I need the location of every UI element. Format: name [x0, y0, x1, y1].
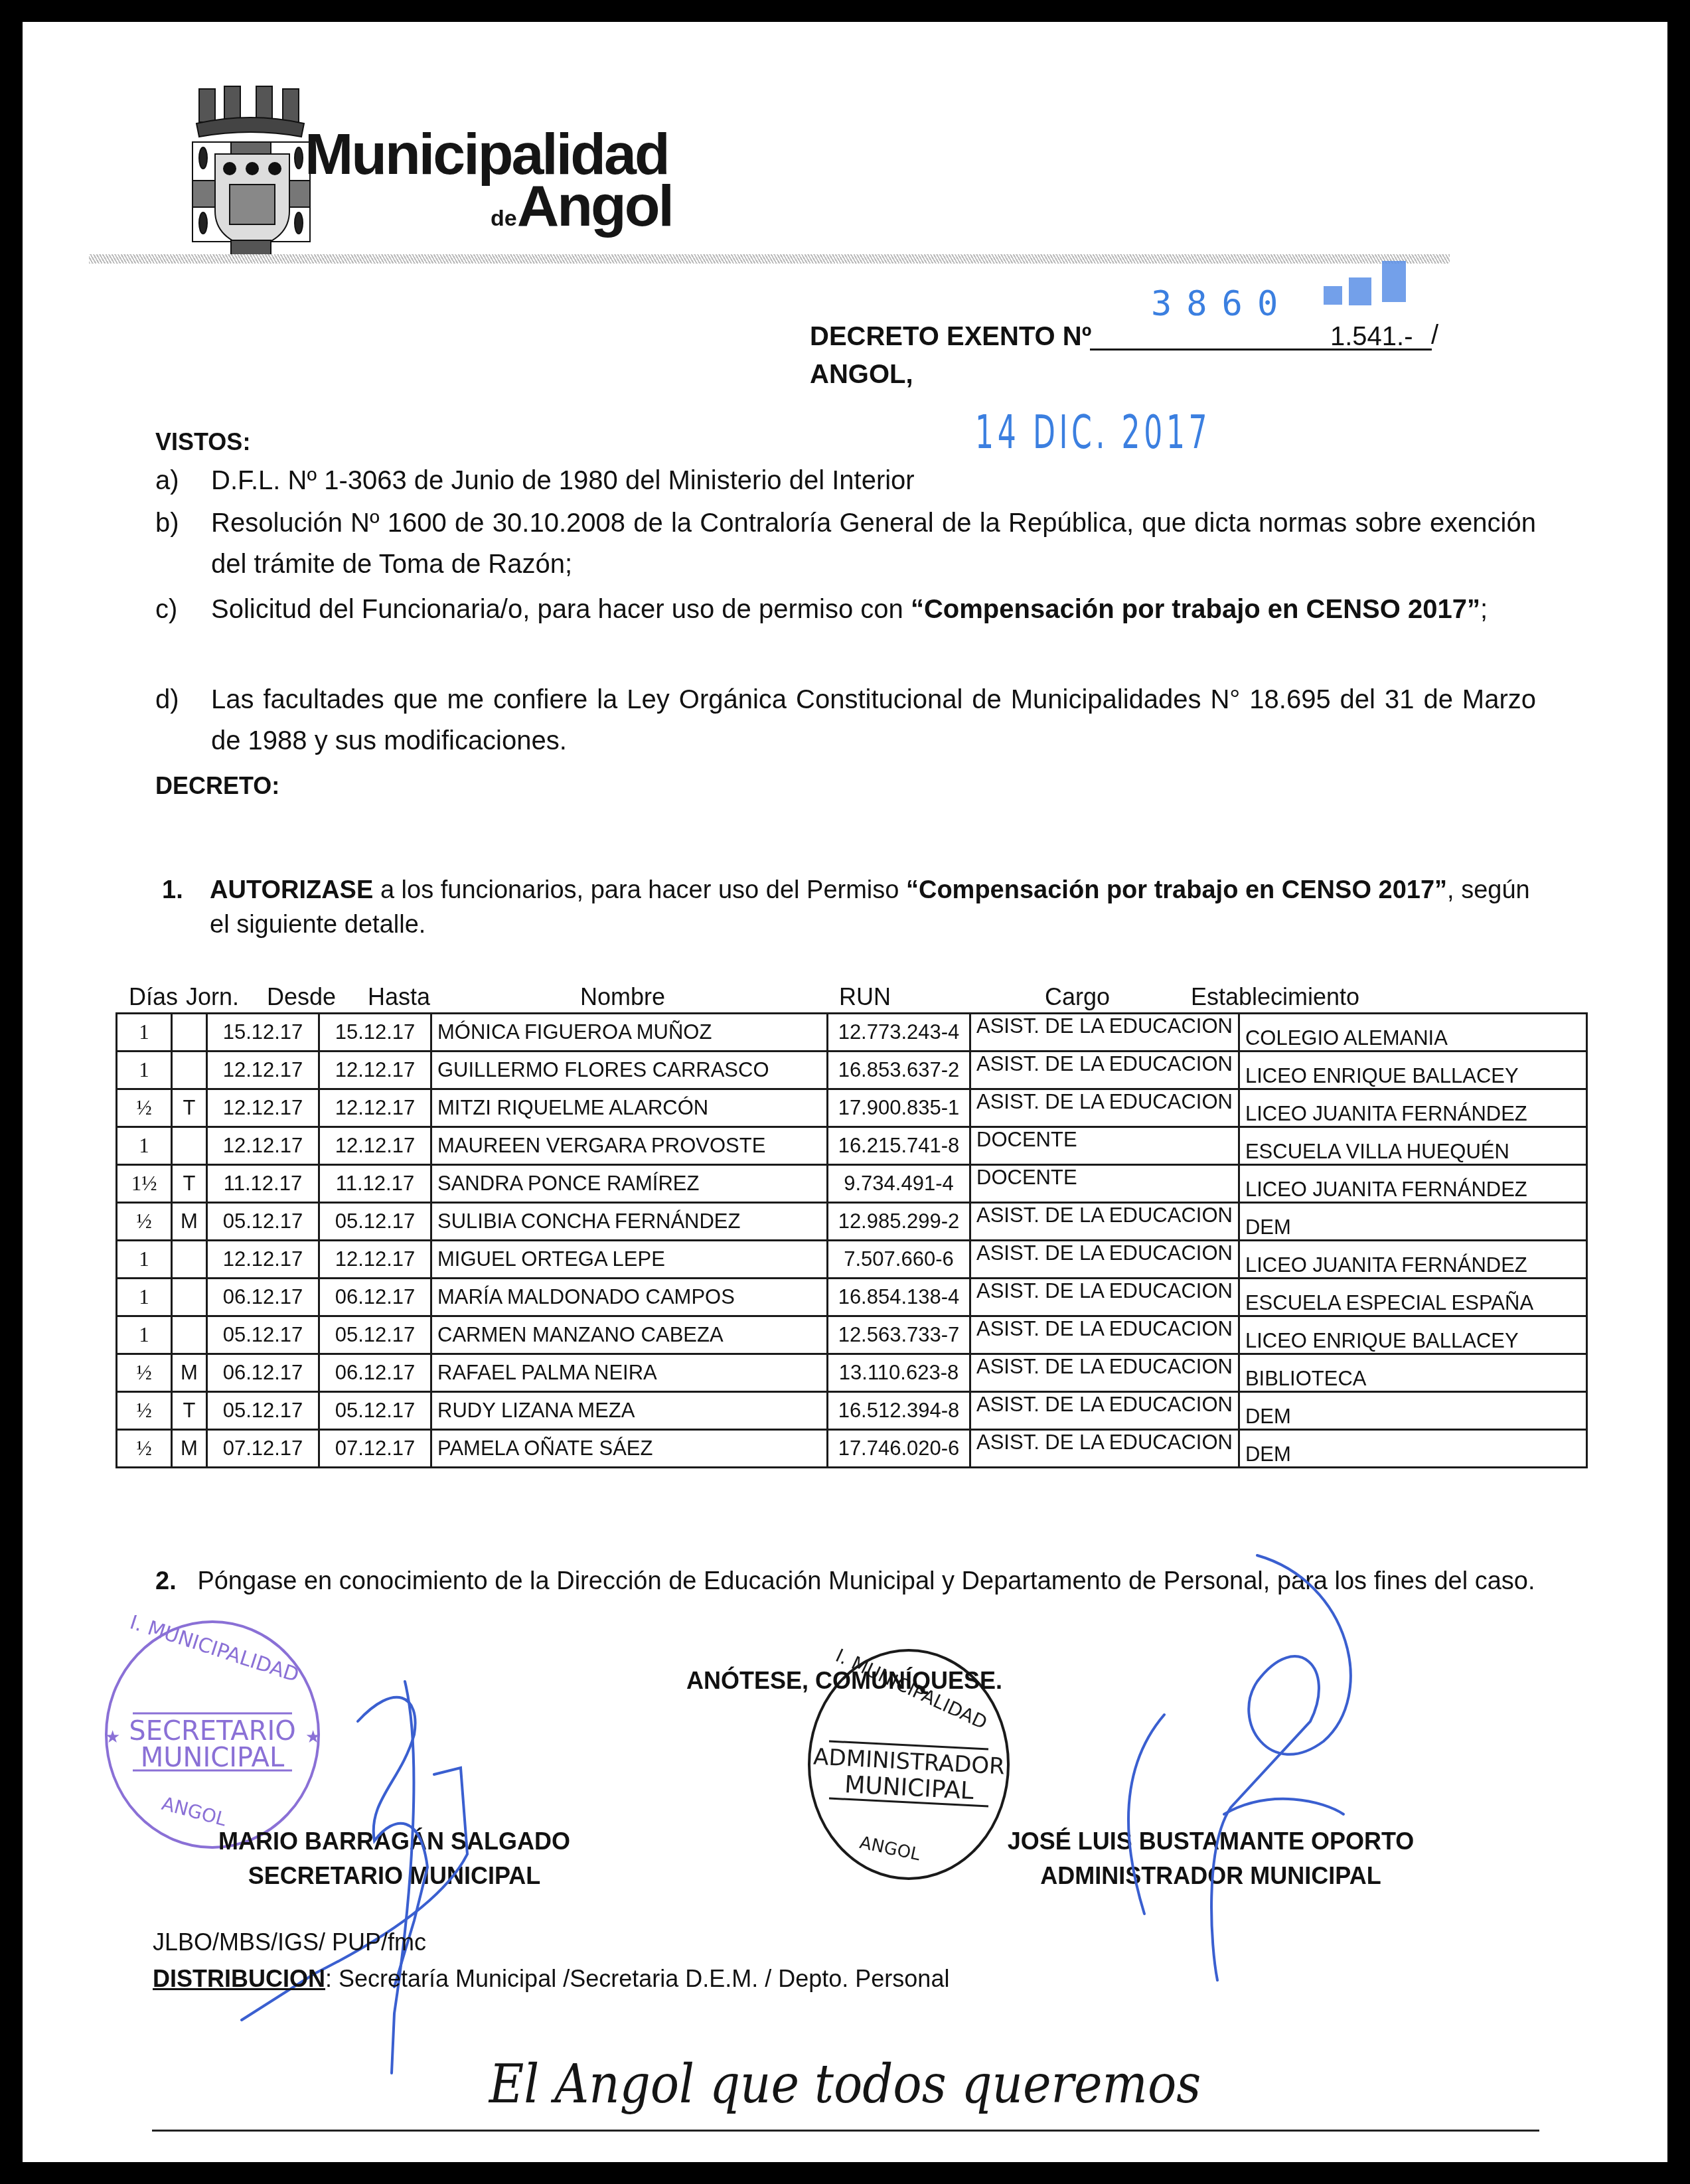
cell-jorn: [172, 1241, 207, 1279]
cell-nombre: SANDRA PONCE RAMÍREZ: [431, 1165, 828, 1203]
cell-jorn: [172, 1316, 207, 1354]
cell-dias: ½: [117, 1354, 172, 1392]
cell-nombre: MARÍA MALDONADO CAMPOS: [431, 1279, 828, 1316]
cell-dias: ½: [117, 1089, 172, 1127]
signer-secretario-title: SECRETARIO MUNICIPAL: [208, 1859, 580, 1893]
cell-desde: 12.12.17: [207, 1052, 319, 1089]
col-header-cargo: Cargo: [1045, 982, 1110, 1013]
cell-establecimiento: DEM: [1239, 1203, 1586, 1241]
cell-jorn: [172, 1052, 207, 1089]
signer-secretario-name: MARIO BARRAGÁN SALGADO: [208, 1824, 580, 1859]
svg-text:★: ★: [305, 1727, 321, 1747]
cell-cargo: ASIST. DE LA EDUCACION: [970, 1316, 1239, 1354]
cell-nombre: RAFAEL PALMA NEIRA: [431, 1354, 828, 1392]
cell-desde: 05.12.17: [207, 1316, 319, 1354]
cell-establecimiento: BIBLIOTECA: [1239, 1354, 1586, 1392]
document-page: Municipalidad deAngol 3860 DECRETO EXENT…: [23, 22, 1667, 2162]
cell-cargo: ASIST. DE LA EDUCACION: [970, 1354, 1239, 1392]
cell-establecimiento: LICEO JUANITA FERNÁNDEZ: [1239, 1165, 1586, 1203]
table-row: ½M05.12.1705.12.17SULIBIA CONCHA FERNÁND…: [117, 1203, 1587, 1241]
cell-dias: 1: [117, 1316, 172, 1354]
cell-dias: 1: [117, 1052, 172, 1089]
cell-dias: 1: [117, 1279, 172, 1316]
decreto-heading: DECRETO:: [155, 771, 279, 802]
signer-administrador-name: JOSÉ LUIS BUSTAMANTE OPORTO: [972, 1824, 1450, 1859]
cell-run: 9.734.491-4: [828, 1165, 970, 1203]
cell-nombre: GUILLERMO FLORES CARRASCO: [431, 1052, 828, 1089]
svg-text:I. MUNICIPALIDAD: I. MUNICIPALIDAD: [127, 1615, 301, 1687]
anotese-comuniquese: ANÓTESE, COMUNÍQUESE.: [686, 1666, 1002, 1697]
cell-run: 16.854.138-4: [828, 1279, 970, 1316]
cell-establecimiento: ESCUELA VILLA HUEQUÉN: [1239, 1127, 1586, 1165]
cell-jorn: M: [172, 1203, 207, 1241]
svg-text:★: ★: [105, 1727, 120, 1747]
cell-dias: ½: [117, 1392, 172, 1430]
stamp-smudge: [1349, 277, 1371, 305]
cell-cargo: ASIST. DE LA EDUCACION: [970, 1052, 1239, 1089]
cell-jorn: T: [172, 1165, 207, 1203]
table-row: 112.12.1712.12.17MIGUEL ORTEGA LEPE7.507…: [117, 1241, 1587, 1279]
cell-nombre: CARMEN MANZANO CABEZA: [431, 1316, 828, 1354]
cell-jorn: [172, 1014, 207, 1052]
cell-nombre: RUDY LIZANA MEZA: [431, 1392, 828, 1430]
cell-hasta: 12.12.17: [319, 1052, 431, 1089]
cell-desde: 06.12.17: [207, 1279, 319, 1316]
col-header-desde: Desde: [267, 982, 336, 1013]
signer-administrador-title: ADMINISTRADOR MUNICIPAL: [972, 1859, 1450, 1893]
cell-jorn: T: [172, 1089, 207, 1127]
cell-nombre: MÓNICA FIGUEROA MUÑOZ: [431, 1014, 828, 1052]
table-row: ½T05.12.1705.12.17RUDY LIZANA MEZA16.512…: [117, 1392, 1587, 1430]
vistos-item-b: b) Resolución Nº 1600 de 30.10.2008 de l…: [155, 503, 1536, 585]
cell-establecimiento: COLEGIO ALEMANIA: [1239, 1014, 1586, 1052]
cell-run: 7.507.660-6: [828, 1241, 970, 1279]
cell-cargo: DOCENTE: [970, 1127, 1239, 1165]
coat-of-arms-icon: [190, 85, 313, 258]
cell-run: 17.746.020-6: [828, 1430, 970, 1468]
cell-hasta: 11.12.17: [319, 1165, 431, 1203]
cell-establecimiento: ESCUELA ESPECIAL ESPAÑA: [1239, 1279, 1586, 1316]
cell-desde: 12.12.17: [207, 1127, 319, 1165]
cell-jorn: M: [172, 1430, 207, 1468]
cell-nombre: PAMELA OÑATE SÁEZ: [431, 1430, 828, 1468]
cell-dias: ½: [117, 1430, 172, 1468]
brand-angol: Angol: [517, 173, 672, 238]
cell-establecimiento: LICEO JUANITA FERNÁNDEZ: [1239, 1089, 1586, 1127]
col-header-hasta: Hasta: [368, 982, 430, 1013]
col-header-jorn: Jorn.: [186, 982, 239, 1013]
cell-nombre: MAUREEN VERGARA PROVOSTE: [431, 1127, 828, 1165]
distribution-line: DISTRIBUCION: Secretaría Municipal /Secr…: [153, 1964, 949, 1995]
cell-hasta: 07.12.17: [319, 1430, 431, 1468]
decree-number: 1.541.-: [1330, 319, 1413, 354]
vistos-item-a: a) D.F.L. Nº 1-3063 de Junio de 1980 del…: [155, 460, 1536, 501]
footer-motto: El Angol que todos queremos: [105, 2053, 1585, 2115]
cell-nombre: MITZI RIQUELME ALARCÓN: [431, 1089, 828, 1127]
cell-hasta: 05.12.17: [319, 1203, 431, 1241]
decree-slash: /: [1431, 318, 1438, 352]
cell-desde: 12.12.17: [207, 1241, 319, 1279]
cell-jorn: [172, 1279, 207, 1316]
cell-cargo: DOCENTE: [970, 1165, 1239, 1203]
cell-run: 16.853.637-2: [828, 1052, 970, 1089]
cell-hasta: 12.12.17: [319, 1127, 431, 1165]
cell-dias: 1½: [117, 1165, 172, 1203]
cell-cargo: ASIST. DE LA EDUCACION: [970, 1241, 1239, 1279]
cell-desde: 06.12.17: [207, 1354, 319, 1392]
cell-hasta: 05.12.17: [319, 1392, 431, 1430]
cell-dias: ½: [117, 1203, 172, 1241]
table-row: 105.12.1705.12.17CARMEN MANZANO CABEZA12…: [117, 1316, 1587, 1354]
cell-dias: 1: [117, 1014, 172, 1052]
cell-desde: 15.12.17: [207, 1014, 319, 1052]
cell-cargo: ASIST. DE LA EDUCACION: [970, 1014, 1239, 1052]
cell-hasta: 12.12.17: [319, 1241, 431, 1279]
cell-run: 12.563.733-7: [828, 1316, 970, 1354]
table-row: 106.12.1706.12.17MARÍA MALDONADO CAMPOS1…: [117, 1279, 1587, 1316]
cell-hasta: 15.12.17: [319, 1014, 431, 1052]
header-divider: [89, 254, 1450, 264]
decree-label: DECRETO EXENTO Nº: [810, 319, 1091, 354]
cell-nombre: MIGUEL ORTEGA LEPE: [431, 1241, 828, 1279]
col-header-establecimiento: Establecimiento: [1191, 982, 1359, 1013]
brand-de: de: [491, 206, 517, 231]
cell-desde: 07.12.17: [207, 1430, 319, 1468]
cell-establecimiento: LICEO JUANITA FERNÁNDEZ: [1239, 1241, 1586, 1279]
cell-desde: 05.12.17: [207, 1203, 319, 1241]
registry-number-stamp: 3860: [1151, 284, 1292, 324]
table-row: 115.12.1715.12.17MÓNICA FIGUEROA MUÑOZ12…: [117, 1014, 1587, 1052]
vistos-heading: VISTOS:: [155, 427, 250, 458]
decree-place: ANGOL,: [810, 357, 913, 392]
cell-jorn: T: [172, 1392, 207, 1430]
stamp-smudge: [1324, 286, 1342, 305]
cell-desde: 05.12.17: [207, 1392, 319, 1430]
cell-establecimiento: LICEO ENRIQUE BALLACEY: [1239, 1052, 1586, 1089]
permits-table: 115.12.1715.12.17MÓNICA FIGUEROA MUÑOZ12…: [115, 1012, 1588, 1468]
cell-cargo: ASIST. DE LA EDUCACION: [970, 1089, 1239, 1127]
cell-run: 13.110.623-8: [828, 1354, 970, 1392]
cell-jorn: M: [172, 1354, 207, 1392]
cell-establecimiento: DEM: [1239, 1430, 1586, 1468]
vistos-item-d: d) Las facultades que me confiere la Ley…: [155, 679, 1536, 761]
cell-run: 17.900.835-1: [828, 1089, 970, 1127]
cell-hasta: 06.12.17: [319, 1354, 431, 1392]
cell-cargo: ASIST. DE LA EDUCACION: [970, 1392, 1239, 1430]
cell-cargo: ASIST. DE LA EDUCACION: [970, 1430, 1239, 1468]
table-row: 1½T11.12.1711.12.17SANDRA PONCE RAMÍREZ9…: [117, 1165, 1587, 1203]
vistos-item-c: c) Solicitud del Funcionaria/o, para hac…: [155, 589, 1536, 671]
col-header-nombre: Nombre: [580, 982, 665, 1013]
cell-establecimiento: DEM: [1239, 1392, 1586, 1430]
cell-hasta: 05.12.17: [319, 1316, 431, 1354]
footer-divider: [152, 2130, 1539, 2132]
cell-run: 12.773.243-4: [828, 1014, 970, 1052]
svg-text:MUNICIPAL: MUNICIPAL: [141, 1743, 285, 1773]
brand-logo: Municipalidad deAngol: [305, 125, 668, 183]
cell-desde: 12.12.17: [207, 1089, 319, 1127]
date-stamp: 14 DIC. 2017: [975, 405, 1211, 459]
stamp-smudge: [1382, 261, 1406, 302]
cell-nombre: SULIBIA CONCHA FERNÁNDEZ: [431, 1203, 828, 1241]
reference-initials: JLBO/MBS/IGS/ PUP/fmc: [153, 1927, 426, 1958]
cell-run: 16.215.741-8: [828, 1127, 970, 1165]
cell-desde: 11.12.17: [207, 1165, 319, 1203]
svg-text:ANGOL: ANGOL: [858, 1833, 922, 1865]
cell-cargo: ASIST. DE LA EDUCACION: [970, 1203, 1239, 1241]
cell-dias: 1: [117, 1241, 172, 1279]
cell-dias: 1: [117, 1127, 172, 1165]
table-row: 112.12.1712.12.17GUILLERMO FLORES CARRAS…: [117, 1052, 1587, 1089]
cell-jorn: [172, 1127, 207, 1165]
col-header-run: RUN: [839, 982, 891, 1013]
cell-hasta: 12.12.17: [319, 1089, 431, 1127]
col-header-dias: Días: [129, 982, 178, 1013]
decreto-point-2: 2. Póngase en conocimiento de la Direcci…: [155, 1563, 1536, 1599]
cell-cargo: ASIST. DE LA EDUCACION: [970, 1279, 1239, 1316]
cell-establecimiento: LICEO ENRIQUE BALLACEY: [1239, 1316, 1586, 1354]
signer-secretario: MARIO BARRAGÁN SALGADO SECRETARIO MUNICI…: [208, 1824, 580, 1893]
table-row: ½M06.12.1706.12.17RAFAEL PALMA NEIRA13.1…: [117, 1354, 1587, 1392]
cell-hasta: 06.12.17: [319, 1279, 431, 1316]
table-row: 112.12.1712.12.17MAUREEN VERGARA PROVOST…: [117, 1127, 1587, 1165]
cell-run: 16.512.394-8: [828, 1392, 970, 1430]
signer-administrador: JOSÉ LUIS BUSTAMANTE OPORTO ADMINISTRADO…: [972, 1824, 1450, 1893]
cell-run: 12.985.299-2: [828, 1203, 970, 1241]
table-row: ½M07.12.1707.12.17PAMELA OÑATE SÁEZ17.74…: [117, 1430, 1587, 1468]
table-row: ½T12.12.1712.12.17MITZI RIQUELME ALARCÓN…: [117, 1089, 1587, 1127]
